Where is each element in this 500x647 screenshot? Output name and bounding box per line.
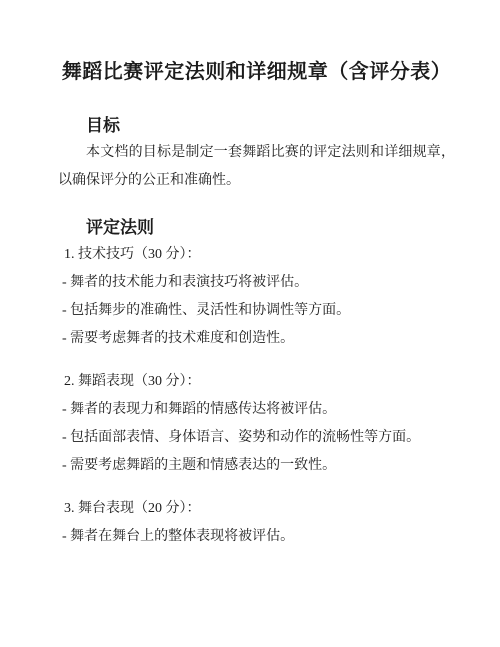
document-page: 舞蹈比赛评定法则和详细规章（含评分表） 目标 本文档的目标是制定一套舞蹈比赛的评…: [0, 0, 500, 647]
section-heading-rules: 评定法则: [86, 215, 455, 241]
rule-item: - 需要考虑舞蹈的主题和情感表达的一致性。: [62, 452, 455, 480]
document-title: 舞蹈比赛评定法则和详细规章（含评分表）: [58, 57, 455, 87]
rule-item: - 包括面部表情、身体语言、姿势和动作的流畅性等方面。: [62, 424, 455, 452]
rule-group-header: 3. 舞台表现（20 分）：: [64, 495, 455, 523]
rule-group-header: 2. 舞蹈表现（30 分）：: [64, 368, 455, 396]
rule-item: - 需要考虑舞者的技术难度和创造性。: [62, 325, 455, 353]
rule-group-technique: 1. 技术技巧（30 分）： - 舞者的技术能力和表演技巧将被评估。 - 包括舞…: [62, 241, 455, 353]
rule-group-header: 1. 技术技巧（30 分）：: [64, 241, 455, 269]
rule-item: - 舞者的表现力和舞蹈的情感传达将被评估。: [62, 396, 455, 424]
rule-item: - 舞者的技术能力和表演技巧将被评估。: [62, 269, 455, 297]
rule-item: - 包括舞步的准确性、灵活性和协调性等方面。: [62, 297, 455, 325]
rule-group-stage: 3. 舞台表现（20 分）： - 舞者在舞台上的整体表现将被评估。: [62, 495, 455, 551]
section-heading-goal: 目标: [86, 113, 455, 139]
rule-item: - 舞者在舞台上的整体表现将被评估。: [62, 523, 455, 551]
rule-group-expression: 2. 舞蹈表现（30 分）： - 舞者的表现力和舞蹈的情感传达将被评估。 - 包…: [62, 368, 455, 480]
goal-paragraph: 本文档的目标是制定一套舞蹈比赛的评定法则和详细规章，以确保评分的公正和准确性。: [58, 139, 455, 195]
